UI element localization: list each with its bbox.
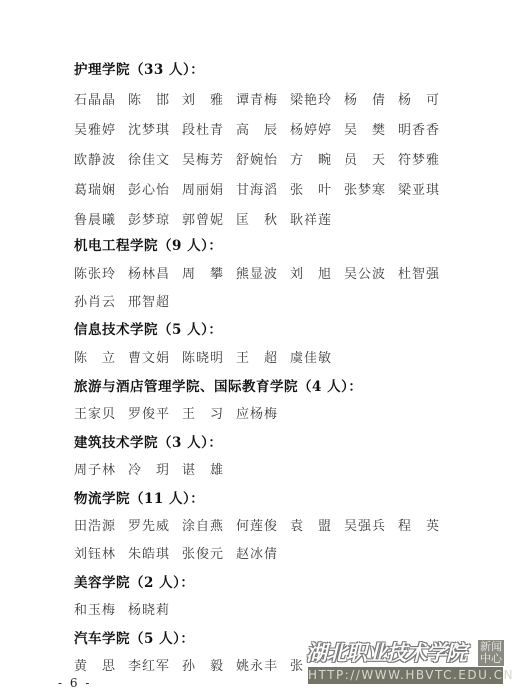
- student-name: 舒婉怡: [236, 149, 278, 168]
- student-name: 杨晓莉: [128, 599, 170, 618]
- section-heading-beauty: 美容学院（2 人）：: [74, 571, 194, 591]
- page-number: - 6 -: [58, 676, 91, 690]
- section-heading-information-technology: 信息技术学院（5 人）：: [74, 318, 222, 338]
- student-name: 员 天: [344, 149, 386, 168]
- student-name: 邢智超: [128, 291, 170, 310]
- student-name: 陈 立: [74, 347, 116, 366]
- section-heading-nursing: 护理学院（33 人）：: [74, 58, 204, 78]
- document-page: 护理学院（33 人）： 石晶晶 陈 邯 刘 雅 谭青梅 梁艳玲 杨 倩 杨 可 …: [0, 0, 516, 696]
- student-name: 符梦雅: [398, 149, 440, 168]
- student-name: 杨婷婷: [290, 119, 332, 138]
- student-name: 吴 樊: [344, 119, 386, 138]
- student-name: 匡 秋: [236, 209, 278, 228]
- student-name: 明香香: [398, 119, 440, 138]
- student-name: 吴雅婷: [74, 119, 116, 138]
- name-row: 刘钰林 朱皓琪 张俊元 赵冰倩: [74, 543, 474, 563]
- name-row: 和玉梅 杨晓莉: [74, 599, 474, 619]
- name-row: 王家贝 罗俊平 王 习 应杨梅: [74, 403, 474, 423]
- student-name: 刘 旭: [290, 263, 332, 282]
- student-name: 张俊元: [182, 543, 224, 562]
- student-name: 何莲俊: [236, 515, 278, 534]
- student-name: 黄 思: [74, 655, 116, 674]
- badge-line-2: 中心: [478, 653, 504, 665]
- section-heading-logistics: 物流学院（11 人）：: [74, 487, 204, 507]
- student-name: 程 英: [398, 515, 440, 534]
- student-name: 葛瑞娴: [74, 179, 116, 198]
- student-name: 田浩源: [74, 515, 116, 534]
- student-name: 朱皓琪: [128, 543, 170, 562]
- name-row: 周子林 冷 玥 谌 雄: [74, 459, 474, 479]
- student-name: 虞佳敏: [290, 347, 332, 366]
- student-name: 应杨梅: [236, 403, 278, 422]
- student-name: 石晶晶: [74, 89, 116, 108]
- watermark-url: HTTP://WWW.HBVTC.EDU.CN: [308, 667, 503, 684]
- student-name: 周子林: [74, 459, 116, 478]
- name-row: 田浩源 罗先威 涂自燕 何莲俊 袁 盟 吴强兵 程 英: [74, 515, 474, 535]
- student-name: 耿祥莲: [290, 209, 332, 228]
- student-name: 沈梦琪: [128, 119, 170, 138]
- student-name: 罗先威: [128, 515, 170, 534]
- student-name: 周丽娟: [182, 179, 224, 198]
- student-name: 杨 可: [398, 89, 440, 108]
- student-name: 王 习: [182, 403, 224, 422]
- student-name: 张 叶: [290, 179, 332, 198]
- student-name: 高 辰: [236, 119, 278, 138]
- watermark-logo: 湖北职业技术学院 新闻 中心 HTTP://WWW.HBVTC.EDU.CN: [306, 637, 516, 692]
- name-row: 葛瑞娴 彭心怡 周丽娟 甘海滔 张 叶 张梦寒 梁亚琪: [74, 179, 474, 199]
- student-name: 梁艳玲: [290, 89, 332, 108]
- section-heading-automotive: 汽车学院（5 人）：: [74, 627, 194, 647]
- student-name: 梁亚琪: [398, 179, 440, 198]
- name-row: 欧静波 徐佳文 吴梅芳 舒婉怡 方 畹 员 天 符梦雅: [74, 149, 474, 169]
- student-name: 杨 倩: [344, 89, 386, 108]
- student-name: 涂自燕: [182, 515, 224, 534]
- name-row: 吴雅婷 沈梦琪 段杜青 高 辰 杨婷婷 吴 樊 明香香: [74, 119, 474, 139]
- student-name: 赵冰倩: [236, 543, 278, 562]
- name-row: 鲁晨曦 彭梦琼 郭曾妮 匡 秋 耿祥莲: [74, 209, 474, 229]
- student-name: 谭青梅: [236, 89, 278, 108]
- student-name: 吴强兵: [344, 515, 386, 534]
- student-name: 刘钰林: [74, 543, 116, 562]
- student-name: 和玉梅: [74, 599, 116, 618]
- student-name: 彭梦琼: [128, 209, 170, 228]
- watermark-calligraphy: 湖北职业技术学院: [306, 637, 476, 663]
- student-name: 张梦寒: [344, 179, 386, 198]
- student-name: 欧静波: [74, 149, 116, 168]
- student-name: 袁 盟: [290, 515, 332, 534]
- student-name: 孙肖云: [74, 291, 116, 310]
- student-name: 谌 雄: [182, 459, 224, 478]
- student-name: 姚永丰: [236, 655, 278, 674]
- student-name: 李红军: [128, 655, 170, 674]
- student-name: 甘海滔: [236, 179, 278, 198]
- student-name: 王 超: [236, 347, 278, 366]
- section-heading-architecture: 建筑技术学院（3 人）：: [74, 431, 222, 451]
- section-heading-tourism-international: 旅游与酒店管理学院、国际教育学院（4 人）：: [74, 375, 362, 395]
- student-name: 熊显波: [236, 263, 278, 282]
- name-row: 陈 立 曹文娟 陈晓明 王 超 虞佳敏: [74, 347, 474, 367]
- student-name: 郭曾妮: [182, 209, 224, 228]
- student-name: 张: [290, 655, 304, 674]
- student-name: 徐佳文: [128, 149, 170, 168]
- student-name: 彭心怡: [128, 179, 170, 198]
- student-name: 王家贝: [74, 403, 116, 422]
- student-name: 罗俊平: [128, 403, 170, 422]
- student-name: 杨林昌: [128, 263, 170, 282]
- section-heading-mechatronics: 机电工程学院（9 人）：: [74, 234, 222, 254]
- student-name: 鲁晨曦: [74, 209, 116, 228]
- student-name: 段杜青: [182, 119, 224, 138]
- student-name: 冷 玥: [128, 459, 170, 478]
- student-name: 方 畹: [290, 149, 332, 168]
- student-name: 陈晓明: [182, 347, 224, 366]
- name-row: 孙肖云 邢智超: [74, 291, 474, 311]
- student-name: 吴梅芳: [182, 149, 224, 168]
- student-name: 刘 雅: [182, 89, 224, 108]
- student-name: 吴公波: [344, 263, 386, 282]
- name-row: 石晶晶 陈 邯 刘 雅 谭青梅 梁艳玲 杨 倩 杨 可: [74, 89, 474, 109]
- student-name: 陈 邯: [128, 89, 170, 108]
- watermark-news-badge: 新闻 中心: [478, 640, 504, 666]
- student-name: 曹文娟: [128, 347, 170, 366]
- student-name: 孙 毅: [182, 655, 224, 674]
- student-name: 杜智强: [398, 263, 440, 282]
- student-name: 周 攀: [182, 263, 224, 282]
- student-name: 陈张玲: [74, 263, 116, 282]
- name-row: 陈张玲 杨林昌 周 攀 熊显波 刘 旭 吴公波 杜智强: [74, 263, 474, 283]
